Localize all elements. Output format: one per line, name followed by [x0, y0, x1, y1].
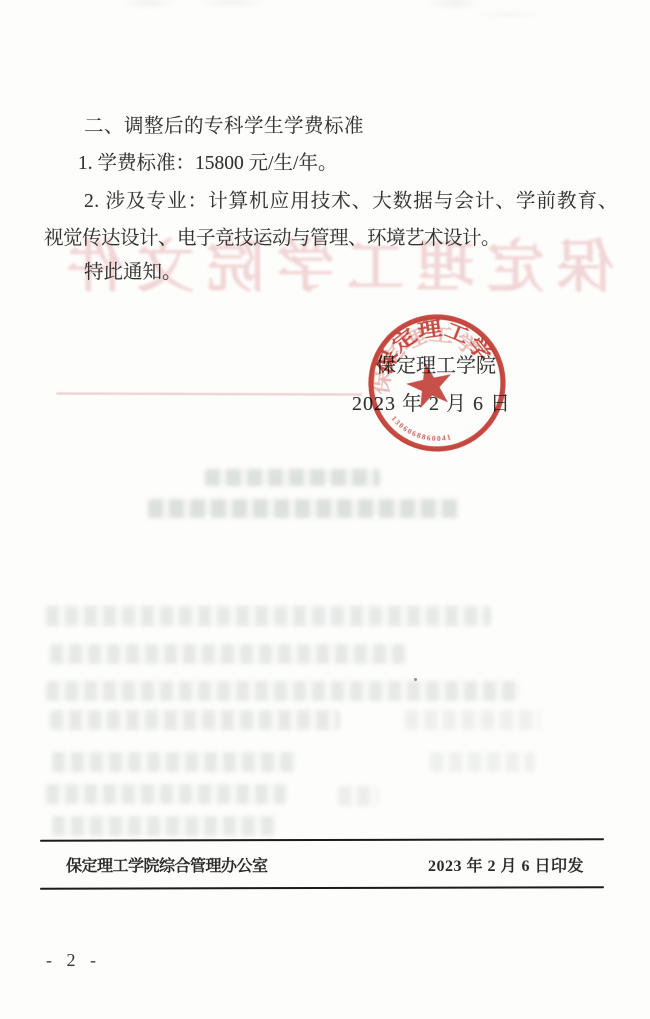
bleedthrough-text-line — [205, 469, 380, 486]
bleedthrough-text-line — [405, 710, 540, 730]
ink-speck — [414, 678, 417, 681]
scan-smudge — [478, 12, 542, 17]
footer-rule-bottom — [40, 886, 604, 889]
section-heading-line: 二、调整后的专科学生学费标准 — [84, 114, 364, 139]
scan-smudge — [118, 0, 180, 8]
document-page: 保定理工学院文件 二、调整后的专科学生学费标准 1. 学费标准：15800 元/… — [0, 0, 650, 1019]
bleedthrough-text-line — [52, 816, 274, 836]
bleedthrough-text-line — [430, 752, 535, 772]
seal-star — [405, 362, 452, 409]
fee-standard-line: 1. 学费标准：15800 元/生/年。 — [78, 151, 337, 176]
majors-line-1: 2. 涉及专业：计算机应用技术、大数据与会计、学前教育、 — [84, 189, 618, 214]
bleedthrough-text-line — [46, 681, 521, 701]
notice-line: 特此通知。 — [84, 260, 182, 285]
scan-smudge — [426, 0, 484, 9]
bleedthrough-text-line — [338, 786, 378, 806]
pink-crease-line — [56, 392, 362, 395]
bleedthrough-text-line — [52, 752, 297, 772]
footer-rule-top — [40, 838, 604, 841]
bleedthrough-text-line — [148, 499, 458, 518]
bleedthrough-text-line — [46, 784, 286, 804]
scan-smudge — [194, 0, 270, 7]
bleedthrough-text-line — [50, 644, 405, 664]
bleedthrough-text-line — [50, 710, 340, 730]
footer-office: 保定理工学院综合管理办公室 — [66, 853, 268, 876]
official-seal: 保定理工学院 保定理工学院 1306068860041 — [349, 295, 525, 471]
majors-line-2: 视觉传达设计、电子竞技运动与管理、环境艺术设计。 — [44, 226, 500, 251]
page-number: - 2 - — [46, 950, 101, 971]
bleedthrough-text-line — [46, 606, 491, 626]
footer-print-date: 2023 年 2 月 6 日印发 — [428, 853, 584, 876]
